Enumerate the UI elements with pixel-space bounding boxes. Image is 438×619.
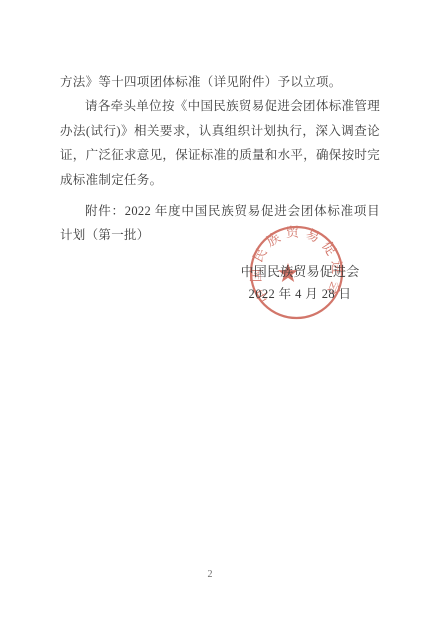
document-page: 方法》等十四项团体标准（详见附件）予以立项。 请各牵头单位按《中国民族贸易促进会… [0, 0, 438, 619]
body-paragraph-continuation: 方法》等十四项团体标准（详见附件）予以立项。 [60, 70, 380, 94]
signature-organization: 中国民族贸易促进会 [238, 261, 362, 280]
page-number: 2 [198, 569, 222, 580]
document-body: 方法》等十四项团体标准（详见附件）予以立项。 请各牵头单位按《中国民族贸易促进会… [60, 70, 380, 248]
body-paragraph-main: 请各牵头单位按《中国民族贸易促进会团体标准管理办法(试行)》相关要求，认真组织计… [60, 94, 380, 192]
signature-date: 2022 年 4 月 28 日 [240, 284, 360, 302]
